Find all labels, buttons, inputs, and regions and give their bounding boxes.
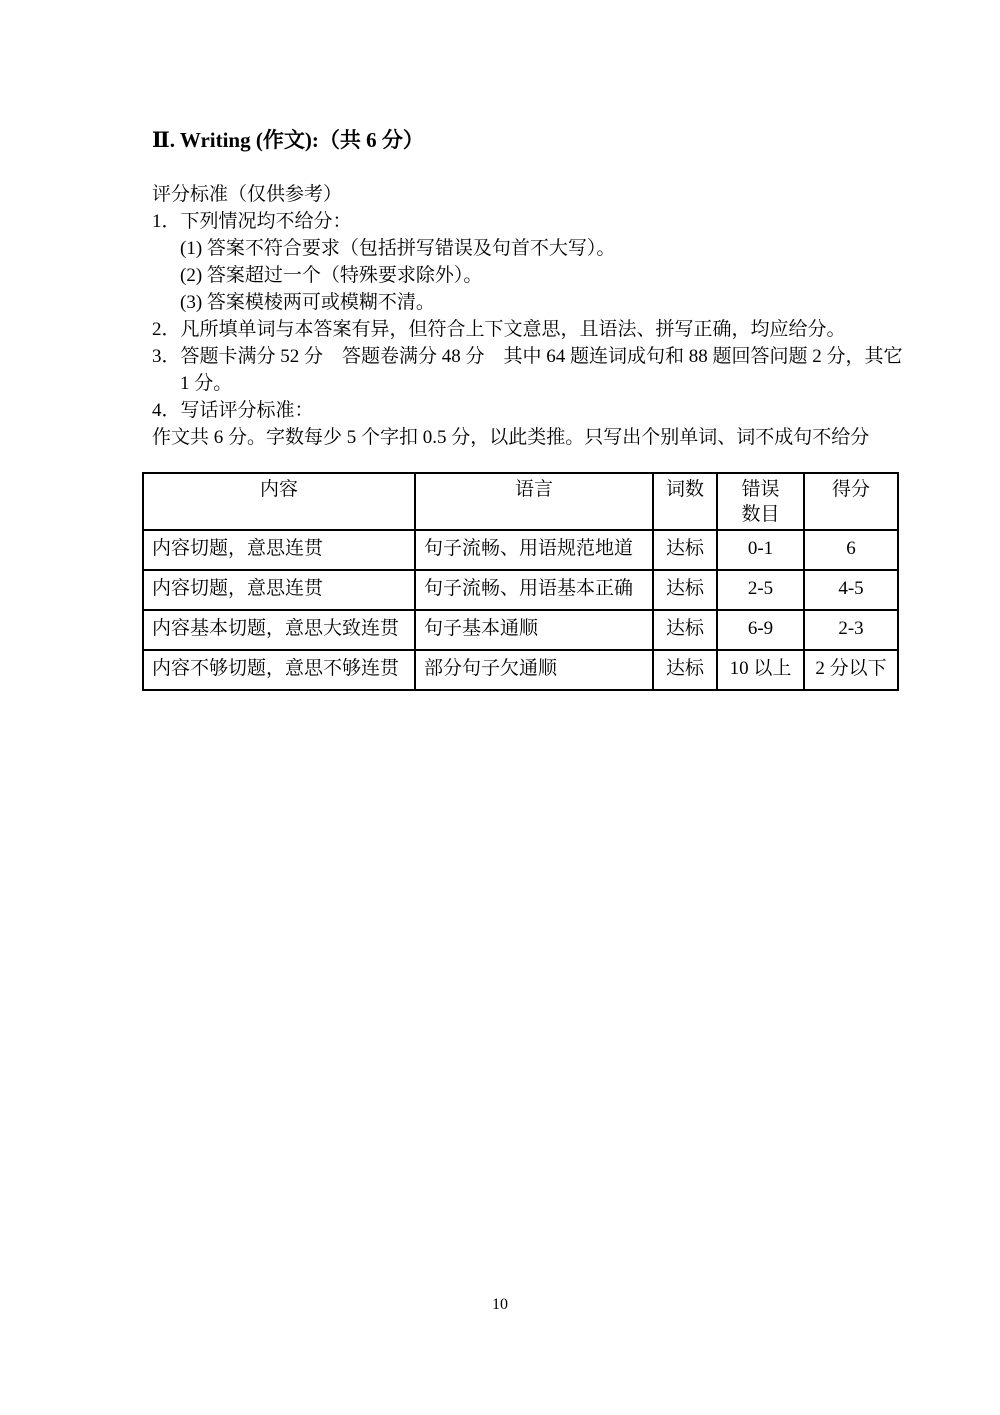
- page-number: 10: [0, 1296, 1000, 1314]
- table-header-score: 得分: [804, 473, 898, 530]
- table-cell-word-count: 达标: [653, 650, 717, 690]
- table-cell-language: 句子基本通顺: [415, 610, 653, 650]
- body-line: 1 分。: [152, 370, 952, 397]
- table-row: 内容切题，意思连贯 句子流畅、用语规范地道 达标 0-1 6: [143, 530, 898, 570]
- table-cell-error-count: 0-1: [717, 530, 804, 570]
- table-cell-language: 句子流畅、用语规范地道: [415, 530, 653, 570]
- table-cell-word-count: 达标: [653, 610, 717, 650]
- scoring-table: 内容 语言 词数 错误 数目 得分 内容切题，意思连贯 句子流畅、用语规范地道 …: [142, 472, 899, 691]
- body-line: (2) 答案超过一个（特殊要求除外）。: [152, 262, 952, 289]
- table-cell-score: 4-5: [804, 570, 898, 610]
- table-cell-content: 内容不够切题，意思不够连贯: [143, 650, 415, 690]
- table-cell-error-count: 10 以上: [717, 650, 804, 690]
- body-line: 评分标准（仅供参考）: [152, 181, 952, 208]
- document-page: Ⅱ. Writing (作文):（共 6 分） 评分标准（仅供参考） 1．下列情…: [0, 0, 1000, 1415]
- table-cell-content: 内容切题，意思连贯: [143, 530, 415, 570]
- table-header-error-count: 错误 数目: [717, 473, 804, 530]
- table-header-word-count: 词数: [653, 473, 717, 530]
- table-cell-score: 6: [804, 530, 898, 570]
- scoring-notes: 评分标准（仅供参考） 1．下列情况均不给分： (1) 答案不符合要求（包括拼写错…: [152, 181, 952, 451]
- body-line: 3．答题卡满分 52 分 答题卷满分 48 分 其中 64 题连词成句和 88 …: [152, 343, 952, 370]
- table-cell-score: 2-3: [804, 610, 898, 650]
- table-cell-word-count: 达标: [653, 570, 717, 610]
- body-line: 4．写话评分标准：: [152, 397, 952, 424]
- table-cell-content: 内容切题，意思连贯: [143, 570, 415, 610]
- table-cell-score: 2 分以下: [804, 650, 898, 690]
- table-cell-word-count: 达标: [653, 530, 717, 570]
- body-line: (1) 答案不符合要求（包括拼写错误及句首不大写）。: [152, 235, 952, 262]
- body-line: 1．下列情况均不给分：: [152, 208, 952, 235]
- body-line: 2．凡所填单词与本答案有异，但符合上下文意思，且语法、拼写正确，均应给分。: [152, 316, 952, 343]
- body-line: (3) 答案模棱两可或模糊不清。: [152, 289, 952, 316]
- table-cell-content: 内容基本切题，意思大致连贯: [143, 610, 415, 650]
- table-row: 内容基本切题，意思大致连贯 句子基本通顺 达标 6-9 2-3: [143, 610, 898, 650]
- table-row: 内容不够切题，意思不够连贯 部分句子欠通顺 达标 10 以上 2 分以下: [143, 650, 898, 690]
- page-title: Ⅱ. Writing (作文):（共 6 分）: [152, 124, 424, 154]
- table-cell-language: 句子流畅、用语基本正确: [415, 570, 653, 610]
- table-cell-error-count: 2-5: [717, 570, 804, 610]
- table-cell-language: 部分句子欠通顺: [415, 650, 653, 690]
- table-header-row: 内容 语言 词数 错误 数目 得分: [143, 473, 898, 530]
- table-header-content: 内容: [143, 473, 415, 530]
- table-header-language: 语言: [415, 473, 653, 530]
- table-cell-error-count: 6-9: [717, 610, 804, 650]
- table-row: 内容切题，意思连贯 句子流畅、用语基本正确 达标 2-5 4-5: [143, 570, 898, 610]
- body-line: 作文共 6 分。字数每少 5 个字扣 0.5 分，以此类推。只写出个别单词、词不…: [152, 424, 952, 451]
